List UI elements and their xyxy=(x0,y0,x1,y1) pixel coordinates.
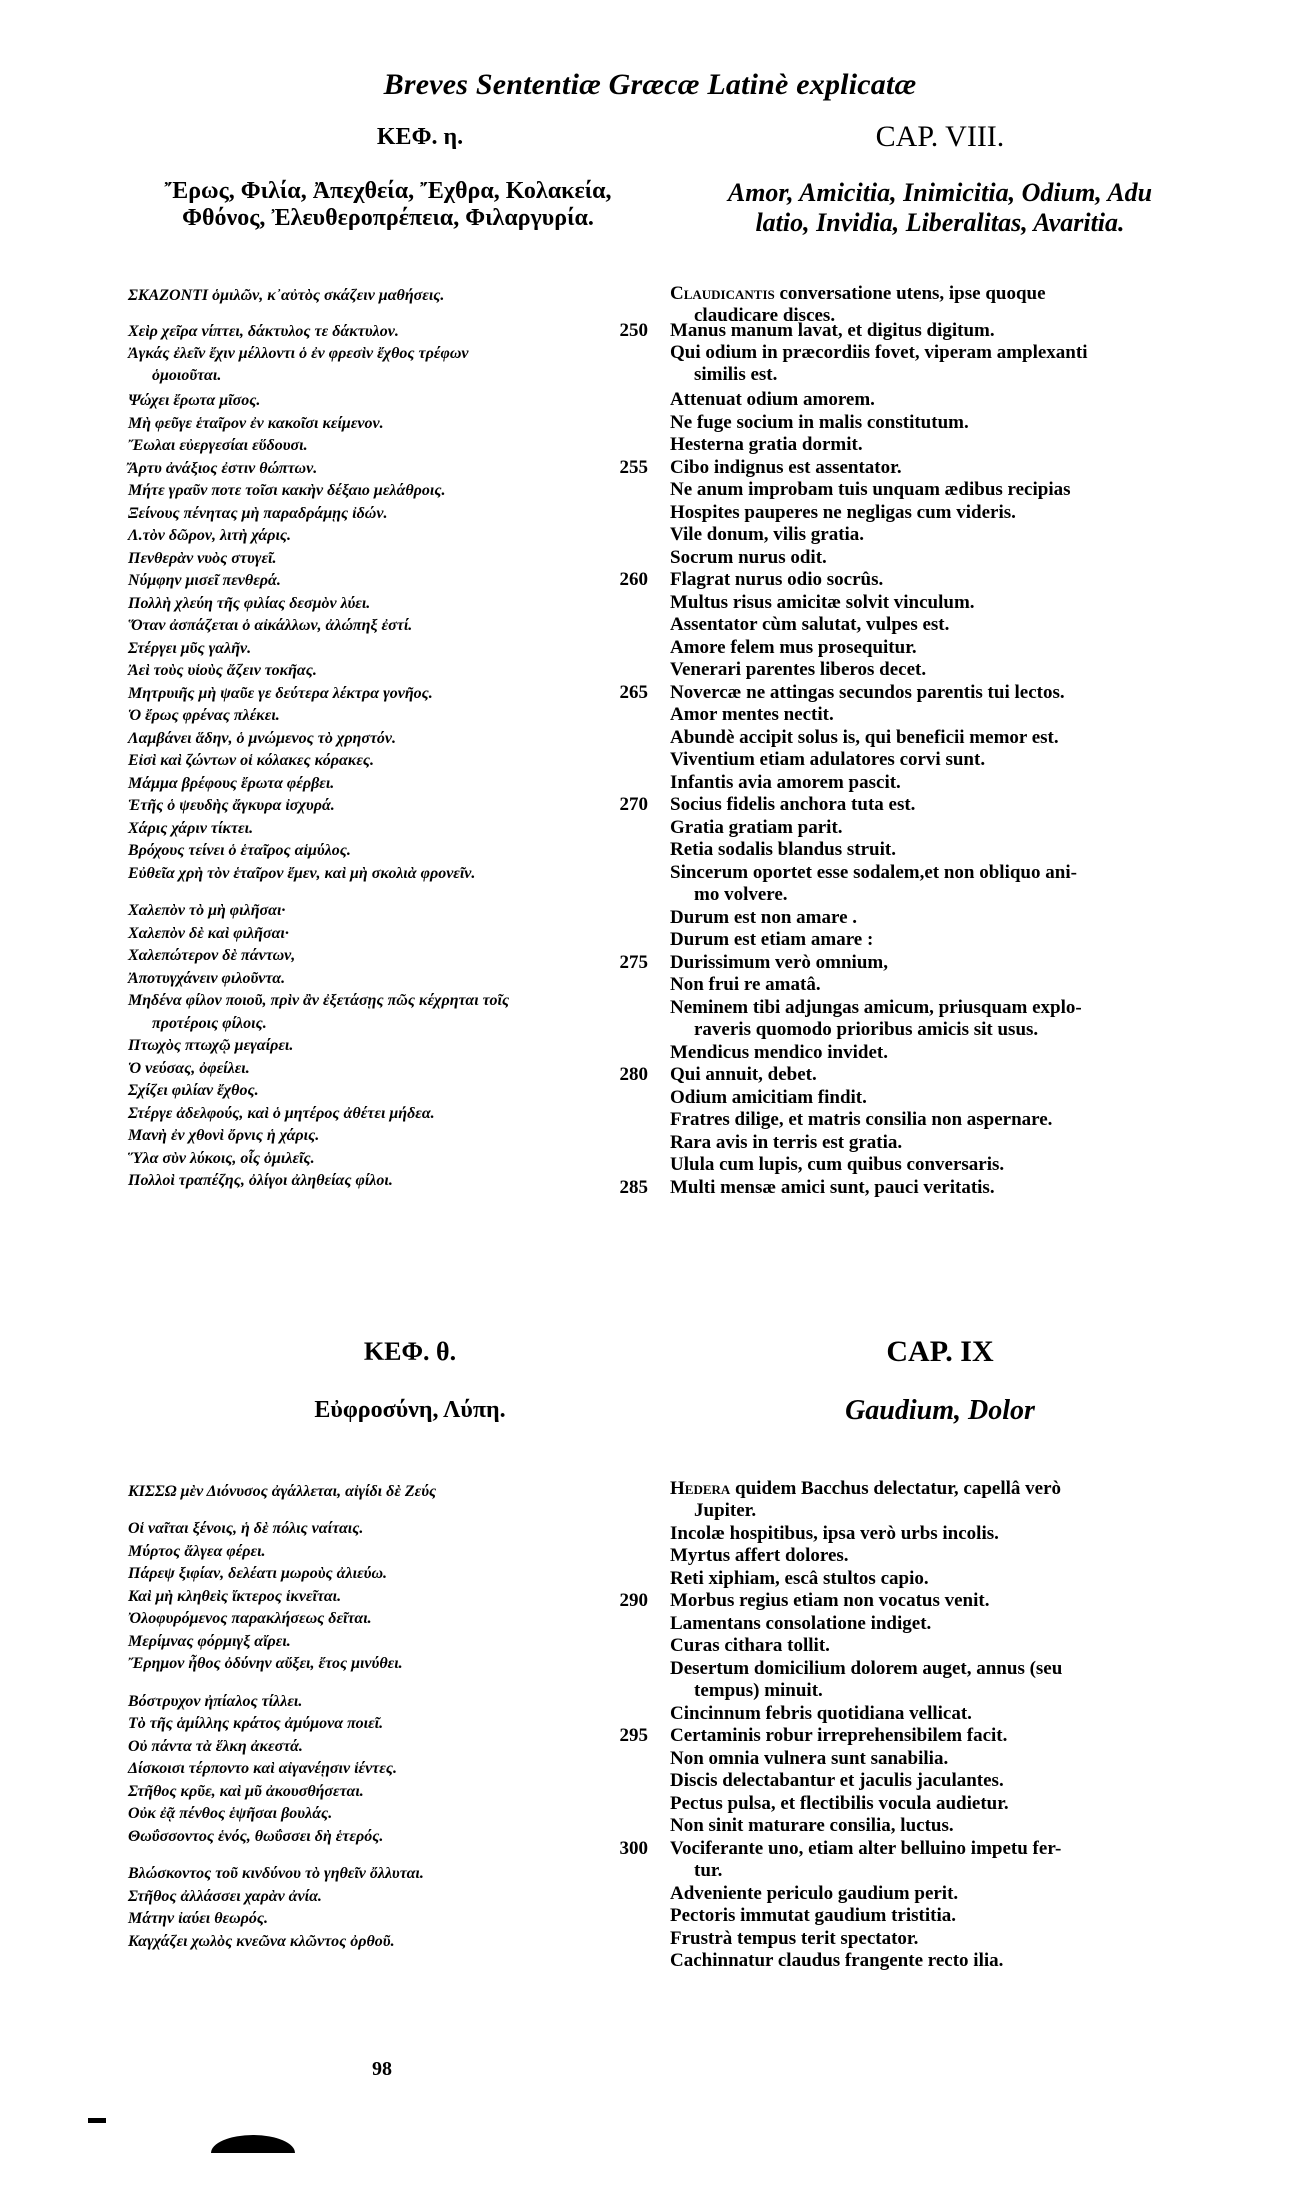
latin-sentence: Lamentans consolatione indiget. xyxy=(670,1613,931,1635)
line-text: Morbus regius etiam non vocatus venit. xyxy=(670,1590,989,1611)
latin-sentence: Mendicus mendico invidet. xyxy=(670,1042,888,1064)
latin-topics-line-2: latio, Invidia, Liberalitas, Avaritia. xyxy=(660,208,1220,238)
line-text: Μύρτος ἄλγεα φέρει. xyxy=(128,1543,266,1560)
latin-sentence: Non sinit maturare consilia, luctus. xyxy=(670,1815,954,1837)
line-text: Mendicus mendico invidet. xyxy=(670,1042,888,1063)
line-text: Cincinnum febris quotidiana vellicat. xyxy=(670,1703,972,1724)
latin-sentence: similis est. xyxy=(670,364,777,386)
latin-sentence: Socius fidelis anchora tuta est. xyxy=(670,794,915,816)
greek-sentence: Μανὴ ἐν χθονὶ ὄρνις ἡ χάρις. xyxy=(128,1127,319,1145)
latin-sentence: Durum est etiam amare : xyxy=(670,929,873,951)
greek-sentence: Λαμβάνει ἅδην, ὁ μνώμενος τὸ χρηστόν. xyxy=(128,730,396,748)
latin-sentence: Amore felem mus prosequitur. xyxy=(670,637,917,659)
verse-line-number: 270 xyxy=(604,794,648,816)
greek-sentence: Ξείνους πένητας μὴ παραδράμῃς ἰδών. xyxy=(128,505,387,523)
line-text: Ἄρτυ ἀνάξιος ἐστιν θώπτων. xyxy=(128,460,317,477)
line-text: Amor mentes nectit. xyxy=(670,704,834,725)
line-text: Στέργει μῦς γαλῆν. xyxy=(128,640,251,657)
line-text: Βρόχους τείνει ὁ ἑταῖρος αἱμύλος. xyxy=(128,842,351,859)
line-text: Multi mensæ amici sunt, pauci veritatis. xyxy=(670,1177,995,1198)
line-text: tempus) minuit. xyxy=(694,1680,823,1701)
line-text: Ἔωλαι εὐεργεσίαι εὕδουσι. xyxy=(128,437,308,454)
line-text: ΚΙΣΣΩ μὲν Διόνυσος ἀγάλλεται, αἰγίδι δὲ … xyxy=(128,1483,436,1500)
greek-sentence: Στῆθος ἀλλάσσει χαρὰν ἀνία. xyxy=(128,1888,322,1906)
line-text: Multus risus amicitæ solvit vinculum. xyxy=(670,592,975,613)
line-text: Πολλὴ χλεύη τῆς φιλίας δεσμὸν λύει. xyxy=(128,595,370,612)
greek-sentence: Ψώχει ἔρωτα μῖσος. xyxy=(128,392,260,410)
greek-sentence: Εἰσὶ καὶ ζώντων οἱ κόλακες κόρακες. xyxy=(128,752,374,770)
line-text: Ὅταν ἀσπάζεται ὁ αἰκάλλων, ἀλώπηξ ἐστί. xyxy=(128,617,412,634)
greek-sentence: προτέροις φίλοις. xyxy=(128,1015,267,1033)
line-text: Μὴ φεῦγε ἑταῖρον ἐν κακοῖσι κείμενον. xyxy=(128,415,384,432)
line-text: Neminem tibi adjungas amicum, priusquam … xyxy=(670,997,1082,1018)
greek-sentence: Ὕλα σὺν λύκοις, οἷς ὁμιλεῖς. xyxy=(128,1150,315,1168)
greek-topics: Ἔρως, Φιλία, Ἀπεχθεία, Ἔχθρα, Κολακεία, … xyxy=(128,178,648,232)
line-text: raveris quomodo prioribus amicis sit usu… xyxy=(694,1019,1038,1040)
latin-sentence: Flagrat nurus odio socrûs. xyxy=(670,569,883,591)
latin-sentence: Hesterna gratia dormit. xyxy=(670,434,863,456)
line-text: Οἱ ναῖται ξένοις, ἡ δὲ πόλις ναίταις. xyxy=(128,1520,363,1537)
latin-sentence: Ne fuge socium in malis constitutum. xyxy=(670,412,969,434)
latin-sentence: Pectoris immutat gaudium tristitia. xyxy=(670,1905,956,1927)
line-text: Μανὴ ἐν χθονὶ ὄρνις ἡ χάρις. xyxy=(128,1127,319,1144)
greek-sentence: Μηδένα φίλον ποιοῦ, πρὶν ἂν ἐξετάσῃς πῶς… xyxy=(128,992,509,1010)
greek-sentence: Πάρεψ ξιφίαν, δελέατι μωροὺς ἀλιεύω. xyxy=(128,1565,387,1583)
line-text: Sincerum oportet esse sodalem,et non obl… xyxy=(670,862,1077,883)
greek-sentence: Μάμμα βρέφους ἔρωτα φέρβει. xyxy=(128,775,334,793)
greek-sentence: Λ.τὸν δῶρον, λιτὴ χάρις. xyxy=(128,527,291,545)
line-text: Infantis avia amorem pascit. xyxy=(670,772,901,793)
greek-sentence: Στέργει μῦς γαλῆν. xyxy=(128,640,251,658)
latin-sentence: Pectus pulsa, et flectibilis vocula audi… xyxy=(670,1793,1009,1815)
greek-sentence: Χαλεπὸν τὸ μὴ φιλῆσαι· xyxy=(128,902,285,920)
latin-sentence: Jupiter. xyxy=(670,1500,756,1522)
greek-sentence: Νύμφην μισεῖ πενθερά. xyxy=(128,572,281,590)
line-text: Ὕλα σὺν λύκοις, οἷς ὁμιλεῖς. xyxy=(128,1150,315,1167)
line-text: Vociferante uno, etiam alter belluino im… xyxy=(670,1838,1061,1859)
line-text: Στῆθος ἀλλάσσει χαρὰν ἀνία. xyxy=(128,1888,322,1905)
greek-sentence: Χεὶρ χεῖρα νίπτει, δάκτυλος τε δάκτυλον. xyxy=(128,323,399,341)
verse-line-number: 250 xyxy=(604,320,648,342)
line-text: Durum est non amare . xyxy=(670,907,857,928)
line-text: Μάμμα βρέφους ἔρωτα φέρβει. xyxy=(128,775,334,792)
greek-chapter-heading-viii: ΚΕΦ. η. xyxy=(340,124,500,151)
line-text: Ἀεὶ τοὺς υἱοὺς ἄζειν τοκῆας. xyxy=(128,662,317,679)
line-text: Cibo indignus est assentator. xyxy=(670,457,902,478)
line-text: Socius fidelis anchora tuta est. xyxy=(670,794,915,815)
latin-sentence: Sincerum oportet esse sodalem,et non obl… xyxy=(670,862,1077,884)
latin-sentence: Myrtus affert dolores. xyxy=(670,1545,849,1567)
greek-sentence: Ὅταν ἀσπάζεται ὁ αἰκάλλων, ἀλώπηξ ἐστί. xyxy=(128,617,412,635)
line-text: Ἔρημον ἦθος ὀδύνην αὔξει, ἔτος μινύθει. xyxy=(128,1655,403,1672)
latin-subtitle-ix: Gaudium, Dolor xyxy=(800,1395,1080,1427)
line-text: Assentator cùm salutat, vulpes est. xyxy=(670,614,949,635)
greek-sentence: Χαλεπὸν δὲ καὶ φιλῆσαι· xyxy=(128,925,289,943)
line-text: quidem Bacchus delectatur, capellâ verò xyxy=(730,1478,1061,1499)
latin-sentence: Morbus regius etiam non vocatus venit. xyxy=(670,1590,989,1612)
greek-sentence: Ἔωλαι εὐεργεσίαι εὕδουσι. xyxy=(128,437,308,455)
greek-sentence: Οὐκ ἐᾷ πένθος ἑψῆσαι βουλάς. xyxy=(128,1805,332,1823)
line-text: Odium amicitiam findit. xyxy=(670,1087,867,1108)
line-text: Ἀγκάς ἐλεῖν ἔχιν μέλλοντι ὁ ἐν φρεσὶν ἔχ… xyxy=(128,345,469,362)
line-text: Τὸ τῆς ἁμίλλης κράτος ἀμύμονα ποιεῖ. xyxy=(128,1715,383,1732)
line-text: Amore felem mus prosequitur. xyxy=(670,637,917,658)
line-text: Πάρεψ ξιφίαν, δελέατι μωροὺς ἀλιεύω. xyxy=(128,1565,387,1582)
latin-topics-line-1: Amor, Amicitia, Inimicitia, Odium, Adu xyxy=(660,178,1220,208)
line-text: Ne fuge socium in malis constitutum. xyxy=(670,412,969,433)
line-text: Βόστρυχον ἠπίαλος τίλλει. xyxy=(128,1693,302,1710)
line-text: Discis delectabantur et jaculis jaculant… xyxy=(670,1770,1004,1791)
line-text: Χαλεπὸν τὸ μὴ φιλῆσαι· xyxy=(128,902,285,919)
verse-line-number: 300 xyxy=(604,1838,648,1860)
greek-sentence: Πτωχὸς πτωχῷ μεγαίρει. xyxy=(128,1037,293,1055)
latin-sentence: Claudicantis conversatione utens, ipse q… xyxy=(670,283,1046,305)
verse-line-number: 275 xyxy=(604,952,648,974)
greek-sentence: Μήτε γραῦν ποτε τοῖσι κακὴν δέξαιο μελάθ… xyxy=(128,482,445,500)
latin-topics: Amor, Amicitia, Inimicitia, Odium, Adu l… xyxy=(660,178,1220,238)
line-text: Manus manum lavat, et digitus digitum. xyxy=(670,320,995,341)
greek-sentence: Πολλὴ χλεύη τῆς φιλίας δεσμὸν λύει. xyxy=(128,595,370,613)
latin-sentence: Multus risus amicitæ solvit vinculum. xyxy=(670,592,975,614)
greek-sentence: Βόστρυχον ἠπίαλος τίλλει. xyxy=(128,1693,302,1711)
greek-topics-line-1: Ἔρως, Φιλία, Ἀπεχθεία, Ἔχθρα, Κολακεία, xyxy=(128,178,648,205)
latin-sentence: Desertum domicilium dolorem auget, annus… xyxy=(670,1658,1062,1680)
latin-sentence: Hedera quidem Bacchus delectatur, capell… xyxy=(670,1478,1061,1500)
line-text: Οὐκ ἐᾷ πένθος ἑψῆσαι βουλάς. xyxy=(128,1805,332,1822)
latin-sentence: Multi mensæ amici sunt, pauci veritatis. xyxy=(670,1177,995,1199)
line-text: Novercæ ne attingas secundos parentis tu… xyxy=(670,682,1065,703)
greek-sentence: Χαλεπώτερον δὲ πάντων, xyxy=(128,947,295,965)
line-text: Χαλεπώτερον δὲ πάντων, xyxy=(128,947,295,964)
latin-chapter-heading-ix: CAP. IX xyxy=(840,1335,1040,1369)
page-number: 98 xyxy=(372,2058,392,2081)
greek-sentence: Ἀεὶ τοὺς υἱοὺς ἄζειν τοκῆας. xyxy=(128,662,317,680)
line-text: Χεὶρ χεῖρα νίπτει, δάκτυλος τε δάκτυλον. xyxy=(128,323,399,340)
latin-sentence: Incolæ hospitibus, ipsa verò urbs incoli… xyxy=(670,1523,999,1545)
latin-sentence: tur. xyxy=(670,1860,722,1882)
greek-sentence: Οἱ ναῖται ξένοις, ἡ δὲ πόλις ναίταις. xyxy=(128,1520,363,1538)
verse-line-number: 280 xyxy=(604,1064,648,1086)
latin-sentence: Infantis avia amorem pascit. xyxy=(670,772,901,794)
line-text: Curas cithara tollit. xyxy=(670,1635,830,1656)
line-text: Venerari parentes liberos decet. xyxy=(670,659,926,680)
latin-sentence: Durissimum verò omnium, xyxy=(670,952,888,974)
line-text: Στῆθος κρῦε, καὶ μῦ ἀκουσθήσεται. xyxy=(128,1783,364,1800)
line-text: Δίσκοισι τέρποντο καὶ αἰγανέῃσιν ἱέντες. xyxy=(128,1760,397,1777)
running-head: Breves Sententiæ Græcæ Latinè explicatæ xyxy=(0,68,1300,102)
line-text: Abundè accipit solus is, qui beneficii m… xyxy=(670,727,1059,748)
greek-sentence: Ἀγκάς ἐλεῖν ἔχιν μέλλοντι ὁ ἐν φρεσὶν ἔχ… xyxy=(128,345,469,363)
line-text: Viventium etiam adulatores corvi sunt. xyxy=(670,749,985,770)
latin-sentence: Non omnia vulnera sunt sanabilia. xyxy=(670,1748,948,1770)
line-text: Ξείνους πένητας μὴ παραδράμῃς ἰδών. xyxy=(128,505,387,522)
latin-sentence: Venerari parentes liberos decet. xyxy=(670,659,926,681)
line-text: Θωΰσσοντος ἑνός, θωΰσσει δὴ ἑτερός. xyxy=(128,1828,383,1845)
scan-artifact-ink-blot xyxy=(211,2135,295,2153)
latin-sentence: Qui annuit, debet. xyxy=(670,1064,817,1086)
line-text: Qui odium in præcordiis fovet, viperam a… xyxy=(670,342,1087,363)
latin-sentence: Qui odium in præcordiis fovet, viperam a… xyxy=(670,342,1087,364)
line-text: Καὶ μὴ κληθεὶς ἴκτερος ἱκνεῖται. xyxy=(128,1588,341,1605)
latin-sentence: Ulula cum lupis, cum quibus conversaris. xyxy=(670,1154,1004,1176)
line-text: Non omnia vulnera sunt sanabilia. xyxy=(670,1748,948,1769)
line-text: Jupiter. xyxy=(694,1500,756,1521)
latin-sentence: Certaminis robur irreprehensibilem facit… xyxy=(670,1725,1007,1747)
line-text: Hospites pauperes ne negligas cum videri… xyxy=(670,502,1016,523)
line-text: Ne anum improbam tuis unquam ædibus reci… xyxy=(670,479,1071,500)
line-text: Εἰσὶ καὶ ζώντων οἱ κόλακες κόρακες. xyxy=(128,752,374,769)
greek-sentence: Βλώσκοντος τοῦ κινδύνου τὸ γηθεῖν ὄλλυτα… xyxy=(128,1865,424,1883)
line-text: Ὁ ἔρως φρένας πλέκει. xyxy=(128,707,280,724)
greek-sentence: Ἔρημον ἦθος ὀδύνην αὔξει, ἔτος μινύθει. xyxy=(128,1655,403,1673)
line-text: Cachinnatur claudus frangente recto ilia… xyxy=(670,1950,1003,1971)
latin-sentence: Abundè accipit solus is, qui beneficii m… xyxy=(670,727,1059,749)
greek-sentence: Εὐθεῖα χρὴ τὸν ἑταῖρον ἔμεν, καὶ μὴ σκολ… xyxy=(128,865,475,883)
greek-sentence: Ἄρτυ ἀνάξιος ἐστιν θώπτων. xyxy=(128,460,317,478)
line-text: Μητρυιῆς μὴ ψαῦε γε δεύτερα λέκτρα γονῆο… xyxy=(128,685,433,702)
line-text: Πενθερὰν νυὸς στυγεῖ. xyxy=(128,550,276,567)
line-text: Lamentans consolatione indiget. xyxy=(670,1613,931,1634)
latin-sentence: raveris quomodo prioribus amicis sit usu… xyxy=(670,1019,1038,1041)
latin-sentence: Vile donum, vilis gratia. xyxy=(670,524,864,546)
line-text: Μερίμνας φόρμιγξ αἴρει. xyxy=(128,1633,291,1650)
latin-sentence: Frustrà tempus terit spectator. xyxy=(670,1928,918,1950)
greek-sentence: Δίσκοισι τέρποντο καὶ αἰγανέῃσιν ἱέντες. xyxy=(128,1760,397,1778)
line-text: Frustrà tempus terit spectator. xyxy=(670,1928,918,1949)
line-text: Λαμβάνει ἅδην, ὁ μνώμενος τὸ χρηστόν. xyxy=(128,730,396,747)
line-text: Πτωχὸς πτωχῷ μεγαίρει. xyxy=(128,1037,293,1054)
verse-line-number: 295 xyxy=(604,1725,648,1747)
latin-sentence: Amor mentes nectit. xyxy=(670,704,834,726)
greek-sentence: Καγχάζει χωλὸς κνεῶνα κλῶντος ὀρθοῦ. xyxy=(128,1933,395,1951)
greek-subtitle-ix: Εὐφροσύνη, Λύπη. xyxy=(260,1397,560,1424)
line-text: Qui annuit, debet. xyxy=(670,1064,817,1085)
line-text: Myrtus affert dolores. xyxy=(670,1545,849,1566)
line-text: προτέροις φίλοις. xyxy=(152,1015,267,1032)
line-text: Attenuat odium amorem. xyxy=(670,389,875,410)
greek-sentence: Ὁ νεύσας, ὀφείλει. xyxy=(128,1060,250,1078)
latin-sentence: Reti xiphiam, escâ stultos capio. xyxy=(670,1568,929,1590)
line-text: Non sinit maturare consilia, luctus. xyxy=(670,1815,954,1836)
greek-sentence: Μητρυιῆς μὴ ψαῦε γε δεύτερα λέκτρα γονῆο… xyxy=(128,685,433,703)
greek-sentence: Χάρις χάριν τίκτει. xyxy=(128,820,253,838)
greek-chapter-heading-ix: ΚΕΦ. θ. xyxy=(310,1337,510,1367)
greek-sentence: ΚΙΣΣΩ μὲν Διόνυσος ἀγάλλεται, αἰγίδι δὲ … xyxy=(128,1483,436,1501)
latin-sentence: Rara avis in terris est gratia. xyxy=(670,1132,902,1154)
latin-sentence: Socrum nurus odit. xyxy=(670,547,827,569)
latin-sentence: Adveniente periculo gaudium perit. xyxy=(670,1883,958,1905)
latin-sentence: Manus manum lavat, et digitus digitum. xyxy=(670,320,995,342)
latin-sentence: Neminem tibi adjungas amicum, priusquam … xyxy=(670,997,1082,1019)
line-text: similis est. xyxy=(694,364,777,385)
latin-sentence: Cincinnum febris quotidiana vellicat. xyxy=(670,1703,972,1725)
scan-artifact xyxy=(88,2118,106,2123)
line-text: conversatione utens, ipse quoque xyxy=(775,283,1046,304)
greek-sentence: Στῆθος κρῦε, καὶ μῦ ἀκουσθήσεται. xyxy=(128,1783,364,1801)
greek-sentence: Πενθερὰν νυὸς στυγεῖ. xyxy=(128,550,276,568)
greek-sentence: Τὸ τῆς ἁμίλλης κράτος ἀμύμονα ποιεῖ. xyxy=(128,1715,383,1733)
line-text: Χάρις χάριν τίκτει. xyxy=(128,820,253,837)
line-text: Incolæ hospitibus, ipsa verò urbs incoli… xyxy=(670,1523,999,1544)
verse-line-number: 265 xyxy=(604,682,648,704)
latin-sentence: Cibo indignus est assentator. xyxy=(670,457,902,479)
line-text: Χαλεπὸν δὲ καὶ φιλῆσαι· xyxy=(128,925,289,942)
latin-sentence: Vociferante uno, etiam alter belluino im… xyxy=(670,1838,1061,1860)
line-text: ὁμοιοῦται. xyxy=(152,367,221,384)
line-text: Durissimum verò omnium, xyxy=(670,952,888,973)
book-page: Breves Sententiæ Græcæ Latinè explicatæ … xyxy=(0,0,1300,2185)
verse-line-number: 255 xyxy=(604,457,648,479)
line-text: Ἀποτυγχάνειν φιλοῦντα. xyxy=(128,970,285,987)
line-text: ΣΚΑΖΟΝΤΙ ὁμιλῶν, κ᾽αὐτὸς σκάζειν μαθήσει… xyxy=(128,287,444,304)
verse-line-number: 285 xyxy=(604,1177,648,1199)
latin-sentence: Odium amicitiam findit. xyxy=(670,1087,867,1109)
latin-sentence: Cachinnatur claudus frangente recto ilia… xyxy=(670,1950,1003,1972)
latin-chapter-heading-viii: CAP. VIII. xyxy=(840,120,1040,154)
line-text: Ἑτῆς ὁ ψευδὴς ἄγκυρα ἰσχυρά. xyxy=(128,797,335,814)
greek-sentence: Βρόχους τείνει ὁ ἑταῖρος αἱμύλος. xyxy=(128,842,351,860)
greek-sentence: Πολλοὶ τραπέζης, ὀλίγοι ἀληθείας φίλοι. xyxy=(128,1172,393,1190)
line-text: Adveniente periculo gaudium perit. xyxy=(670,1883,958,1904)
greek-sentence: Μύρτος ἄλγεα φέρει. xyxy=(128,1543,266,1561)
line-text: Νύμφην μισεῖ πενθερά. xyxy=(128,572,281,589)
line-text: tur. xyxy=(694,1860,722,1881)
line-text: Reti xiphiam, escâ stultos capio. xyxy=(670,1568,929,1589)
greek-sentence: Ἀποτυγχάνειν φιλοῦντα. xyxy=(128,970,285,988)
lead-word: Claudicantis xyxy=(670,283,775,304)
line-text: Durum est etiam amare : xyxy=(670,929,873,950)
latin-sentence: Non frui re amatâ. xyxy=(670,974,821,996)
line-text: Retia sodalis blandus struit. xyxy=(670,839,896,860)
line-text: Non frui re amatâ. xyxy=(670,974,821,995)
line-text: Pectus pulsa, et flectibilis vocula audi… xyxy=(670,1793,1009,1814)
latin-sentence: Retia sodalis blandus struit. xyxy=(670,839,896,861)
line-text: Μάτην ἰαύει θεωρός. xyxy=(128,1910,268,1927)
latin-sentence: Attenuat odium amorem. xyxy=(670,389,875,411)
line-text: Πολλοὶ τραπέζης, ὀλίγοι ἀληθείας φίλοι. xyxy=(128,1172,393,1189)
line-text: Βλώσκοντος τοῦ κινδύνου τὸ γηθεῖν ὄλλυτα… xyxy=(128,1865,424,1882)
greek-sentence: Θωΰσσοντος ἑνός, θωΰσσει δὴ ἑτερός. xyxy=(128,1828,383,1846)
greek-sentence: ὁμοιοῦται. xyxy=(128,367,221,385)
line-text: Flagrat nurus odio socrûs. xyxy=(670,569,883,590)
greek-sentence: Μὴ φεῦγε ἑταῖρον ἐν κακοῖσι κείμενον. xyxy=(128,415,384,433)
latin-sentence: Curas cithara tollit. xyxy=(670,1635,830,1657)
greek-sentence: Ὁ ἔρως φρένας πλέκει. xyxy=(128,707,280,725)
line-text: Pectoris immutat gaudium tristitia. xyxy=(670,1905,956,1926)
greek-sentence: Σχίζει φιλίαν ἔχθος. xyxy=(128,1082,259,1100)
latin-sentence: Assentator cùm salutat, vulpes est. xyxy=(670,614,949,636)
latin-sentence: Discis delectabantur et jaculis jaculant… xyxy=(670,1770,1004,1792)
latin-sentence: Durum est non amare . xyxy=(670,907,857,929)
greek-sentence: Ἑτῆς ὁ ψευδὴς ἄγκυρα ἰσχυρά. xyxy=(128,797,335,815)
line-text: Ὁ νεύσας, ὀφείλει. xyxy=(128,1060,250,1077)
verse-line-number: 260 xyxy=(604,569,648,591)
greek-sentence: Στέργε ἀδελφούς, καὶ ὁ μητέρος ἀθέτει μή… xyxy=(128,1105,435,1123)
latin-sentence: Fratres dilige, et matris consilia non a… xyxy=(670,1109,1052,1131)
latin-sentence: tempus) minuit. xyxy=(670,1680,823,1702)
line-text: Μήτε γραῦν ποτε τοῖσι κακὴν δέξαιο μελάθ… xyxy=(128,482,445,499)
greek-topics-line-2: Φθόνος, Ἐλευθεροπρέπεια, Φιλαργυρία. xyxy=(128,205,648,232)
line-text: Vile donum, vilis gratia. xyxy=(670,524,864,545)
greek-sentence: Ὀλοφυρόμενος παρακλήσεως δεῖται. xyxy=(128,1610,372,1628)
greek-sentence: Μάτην ἰαύει θεωρός. xyxy=(128,1910,268,1928)
verse-line-number: 290 xyxy=(604,1590,648,1612)
latin-sentence: Ne anum improbam tuis unquam ædibus reci… xyxy=(670,479,1071,501)
line-text: Socrum nurus odit. xyxy=(670,547,827,568)
lead-word: Hedera xyxy=(670,1478,730,1499)
line-text: Hesterna gratia dormit. xyxy=(670,434,863,455)
line-text: Desertum domicilium dolorem auget, annus… xyxy=(670,1658,1062,1679)
line-text: Rara avis in terris est gratia. xyxy=(670,1132,902,1153)
line-text: Ὀλοφυρόμενος παρακλήσεως δεῖται. xyxy=(128,1610,372,1627)
latin-sentence: Novercæ ne attingas secundos parentis tu… xyxy=(670,682,1065,704)
line-text: mo volvere. xyxy=(694,884,788,905)
greek-sentence: Καὶ μὴ κληθεὶς ἴκτερος ἱκνεῖται. xyxy=(128,1588,341,1606)
greek-sentence: Οὐ πάντα τὰ ἕλκη ἀκεστά. xyxy=(128,1738,303,1756)
line-text: Λ.τὸν δῶρον, λιτὴ χάρις. xyxy=(128,527,291,544)
line-text: Ψώχει ἔρωτα μῖσος. xyxy=(128,392,260,409)
latin-sentence: Viventium etiam adulatores corvi sunt. xyxy=(670,749,985,771)
line-text: Fratres dilige, et matris consilia non a… xyxy=(670,1109,1052,1130)
line-text: Ulula cum lupis, cum quibus conversaris. xyxy=(670,1154,1004,1175)
line-text: Certaminis robur irreprehensibilem facit… xyxy=(670,1725,1007,1746)
latin-sentence: Gratia gratiam parit. xyxy=(670,817,843,839)
line-text: Σχίζει φιλίαν ἔχθος. xyxy=(128,1082,259,1099)
line-text: Μηδένα φίλον ποιοῦ, πρὶν ἂν ἐξετάσῃς πῶς… xyxy=(128,992,509,1009)
line-text: Gratia gratiam parit. xyxy=(670,817,843,838)
line-text: Εὐθεῖα χρὴ τὸν ἑταῖρον ἔμεν, καὶ μὴ σκολ… xyxy=(128,865,475,882)
line-text: Οὐ πάντα τὰ ἕλκη ἀκεστά. xyxy=(128,1738,303,1755)
line-text: Καγχάζει χωλὸς κνεῶνα κλῶντος ὀρθοῦ. xyxy=(128,1933,395,1950)
line-text: Στέργε ἀδελφούς, καὶ ὁ μητέρος ἀθέτει μή… xyxy=(128,1105,435,1122)
greek-sentence: Μερίμνας φόρμιγξ αἴρει. xyxy=(128,1633,291,1651)
latin-sentence: Hospites pauperes ne negligas cum videri… xyxy=(670,502,1016,524)
latin-sentence: mo volvere. xyxy=(670,884,788,906)
greek-sentence: ΣΚΑΖΟΝΤΙ ὁμιλῶν, κ᾽αὐτὸς σκάζειν μαθήσει… xyxy=(128,287,444,305)
